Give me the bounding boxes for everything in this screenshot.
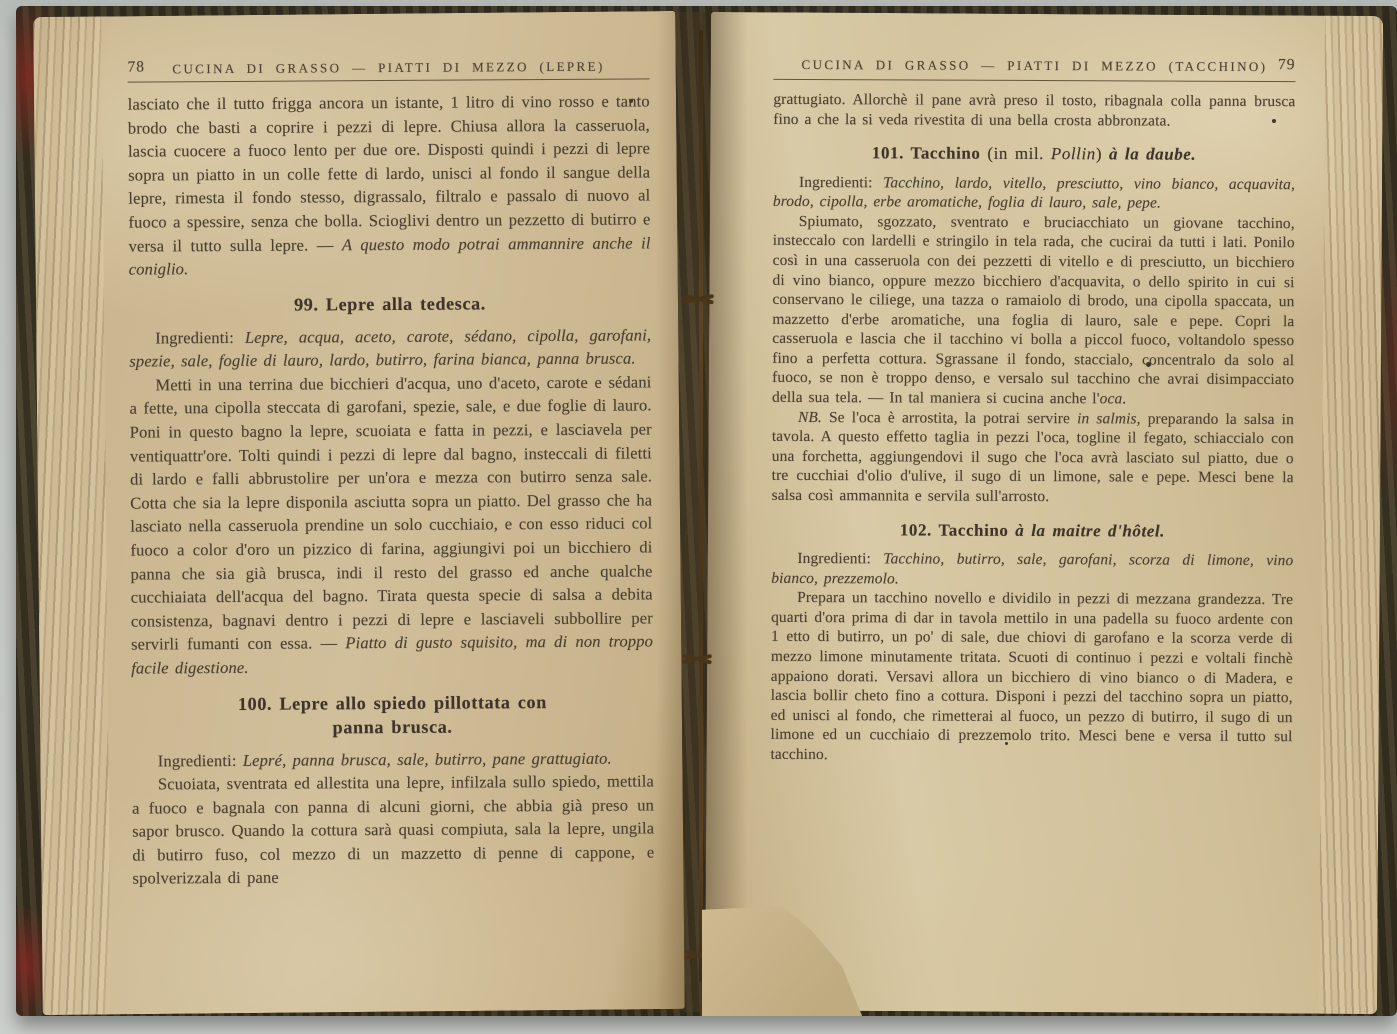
- text-run: panna brusca.: [333, 716, 453, 737]
- text-run: 99. Lepre alla tedesca.: [294, 293, 486, 314]
- paragraph: Metti in una terrina due bicchieri d'acq…: [129, 370, 653, 680]
- text-run: .: [1122, 390, 1126, 407]
- text-run: Ingredienti:: [158, 750, 243, 770]
- text-run: Spiumato, sgozzato, sventrato e bruciacc…: [772, 213, 1295, 408]
- book-photo: 78 CUCINA DI GRASSO — PIATTI DI MEZZO (L…: [0, 0, 1397, 1034]
- recipe-heading: 100. Lepre allo spiedo pillottata conpan…: [137, 690, 647, 741]
- text-run: Lepré, panna brusca, sale, butirro, pane…: [243, 748, 612, 769]
- binding-knot: [682, 652, 712, 664]
- header-rule-right: [773, 79, 1295, 82]
- recipe-heading: 99. Lepre alla tedesca.: [135, 291, 645, 318]
- paragraph: Ingredienti: Tacchino, butirro, sale, ga…: [771, 549, 1293, 590]
- paragraph: Ingredienti: Tacchino, lardo, vitello, p…: [773, 172, 1295, 213]
- paragraph: lasciato che il tutto frigga ancora un i…: [128, 89, 651, 281]
- text-run: 102. Tacchino: [900, 520, 1016, 540]
- paragraph: Ingredienti: Lepré, panna brusca, sale, …: [132, 746, 654, 773]
- text-run: grattugiato. Allorchè il pane avrà preso…: [773, 91, 1295, 129]
- running-header-title-right: CUCINA DI GRASSO — PIATTI DI MEZZO (TACC…: [802, 55, 1268, 77]
- page-right-body: grattugiato. Allorchè il pane avrà preso…: [770, 90, 1295, 767]
- text-run: (in mil.: [987, 144, 1051, 163]
- paragraph: Spiumato, sgozzato, sventrato e bruciacc…: [772, 212, 1295, 410]
- running-header-right: CUCINA DI GRASSO — PIATTI DI MEZZO (TACC…: [773, 51, 1295, 79]
- page-edge-stack-left: [33, 16, 111, 1015]
- running-header-left: 78 CUCINA DI GRASSO — PIATTI DI MEZZO (L…: [127, 50, 649, 79]
- text-run: lasciato che il tutto frigga ancora un i…: [128, 91, 651, 255]
- text-run: 100. Lepre allo spiedo pillottata con: [238, 692, 547, 714]
- text-run: 101. Tacchino: [872, 143, 988, 163]
- page-edge-stack-right: [1319, 16, 1383, 1014]
- text-run: à la maitre d'hôtel.: [1015, 521, 1165, 541]
- text-run: in salmis: [1077, 410, 1137, 427]
- paragraph: grattugiato. Allorchè il pane avrà preso…: [773, 90, 1295, 131]
- text-run: Se l'oca è arrostita, la potrai servire: [822, 409, 1077, 427]
- paragraph: Prepara un tacchino novello e dividilo i…: [770, 588, 1293, 767]
- text-run: Ingredienti:: [797, 550, 883, 567]
- left-text-column: 78 CUCINA DI GRASSO — PIATTI DI MEZZO (L…: [127, 50, 654, 890]
- recipe-heading: 102. Tacchino à la maitre d'hôtel.: [777, 519, 1287, 544]
- binding-knot: [684, 292, 714, 304]
- text-run: Pollin: [1051, 144, 1096, 163]
- right-text-column: CUCINA DI GRASSO — PIATTI DI MEZZO (TACC…: [770, 51, 1295, 767]
- paragraph: NB. Se l'oca è arrostita, la potrai serv…: [772, 408, 1294, 508]
- page-number-right: 79: [1278, 55, 1296, 75]
- text-run: NB.: [798, 409, 822, 426]
- text-run: Metti in una terrina due bicchieri d'acq…: [130, 372, 653, 654]
- text-run: Ingredienti:: [155, 328, 245, 348]
- page-left-body: lasciato che il tutto frigga ancora un i…: [128, 89, 655, 890]
- running-header-title-left: CUCINA DI GRASSO — PIATTI DI MEZZO (LEPR…: [172, 55, 604, 81]
- binding-thread: [699, 30, 703, 982]
- text-run: à la daube.: [1109, 145, 1196, 164]
- recipe-heading: 101. Tacchino (in mil. Pollin) à la daub…: [779, 142, 1289, 167]
- text-run: Prepara un tacchino novello e dividilo i…: [770, 589, 1293, 763]
- text-run: Ingredienti:: [799, 174, 883, 191]
- paragraph: Ingredienti: Lepre, acqua, aceto, carote…: [129, 323, 651, 373]
- text-run: ): [1096, 144, 1109, 163]
- page-number-left: 78: [127, 55, 145, 79]
- paragraph: Scuoiata, sventrata ed allestita una lep…: [132, 770, 655, 891]
- text-run: Scuoiata, sventrata ed allestita una lep…: [132, 772, 654, 889]
- text-run: oca: [1100, 390, 1123, 407]
